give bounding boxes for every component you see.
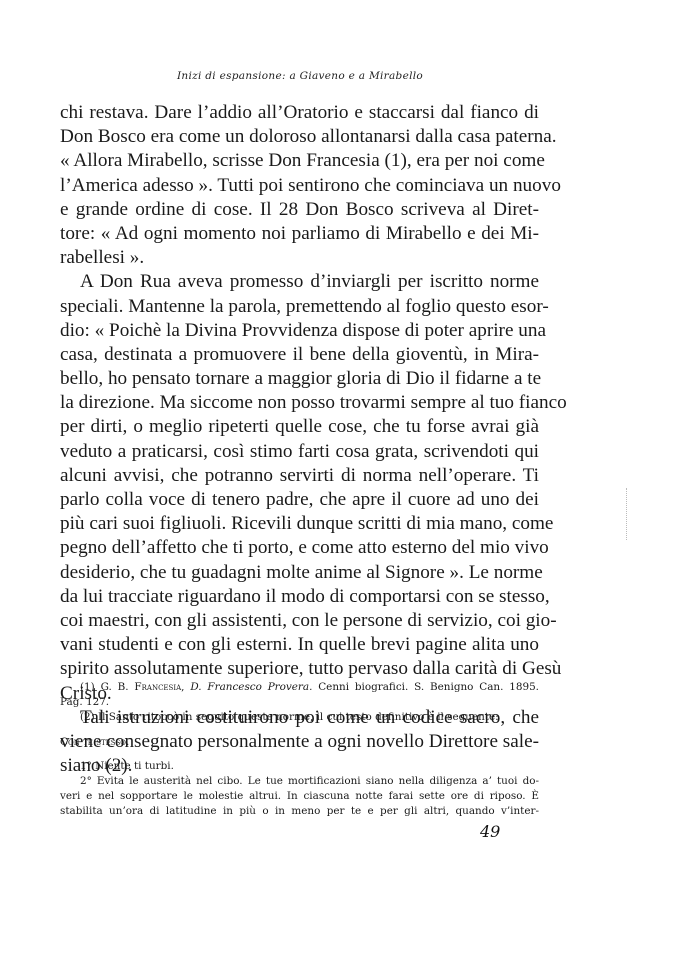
footnote-2: (2) Il Santo ritoccò in seguito queste n… (60, 710, 539, 725)
text-line: la direzione. Ma siccome non posso trova… (60, 391, 539, 415)
text-line: tore: « Ad ogni momento noi parliamo di … (60, 222, 539, 246)
text-line: Don Bosco era come un doloroso allontana… (60, 125, 539, 149)
book-page: Inizi di espansione: a Giaveno e a Mirab… (0, 0, 695, 976)
text-line: alcuni avvisi, che potranno servirti di … (60, 464, 539, 488)
footnote-citation: Cenni biografici. S. Benigno Can. 1895. (318, 681, 539, 693)
text-line: l’America adesso ». Tutti poi sentirono … (60, 174, 539, 198)
text-line: per dirti, o meglio ripeterti quelle cos… (60, 415, 539, 439)
footnote-marker: (1) (80, 681, 95, 693)
rule-item-2-cont: stabilita un’ora di latitudine in più o … (60, 804, 539, 819)
footnote-author: G. B. Francesia, (101, 681, 185, 693)
scan-artifact (626, 488, 628, 540)
page-number: 49 (480, 822, 500, 841)
section-heading: Con te stesso. (60, 735, 539, 750)
text-line: desiderio, che tu guadagni molte anime a… (60, 561, 539, 585)
text-line: chi restava. Dare l’addio all’Oratorio e… (60, 101, 539, 125)
text-line: parlo colla voce di tenero padre, che ap… (60, 488, 539, 512)
running-head: Inizi di espansione: a Giaveno e a Mirab… (0, 70, 600, 82)
text-line: da lui tracciate riguardano il modo di c… (60, 585, 539, 609)
footnote-title: D. Francesco Provera. (190, 681, 312, 693)
rule-item-1: 1° Niente ti turbi. (60, 759, 539, 774)
footnote-1: (1) G. B. Francesia, D. Francesco Prover… (60, 680, 539, 695)
footnote-1-cont: Pag. 127. (60, 695, 539, 710)
text-line: e grande ordine di cose. Il 28 Don Bosco… (60, 198, 539, 222)
text-line: coi maestri, con gli assistenti, con le … (60, 609, 539, 633)
text-line: « Allora Mirabello, scrisse Don Francesi… (60, 149, 539, 173)
text-line: veduto a praticarsi, così stimo farti co… (60, 440, 539, 464)
footnotes: (1) G. B. Francesia, D. Francesco Prover… (60, 680, 539, 820)
text-line: dio: « Poichè la Divina Provvidenza disp… (60, 319, 539, 343)
text-line: vani studenti e con gli esterni. In quel… (60, 633, 539, 657)
text-line: casa, destinata a promuovere il bene del… (60, 343, 539, 367)
text-line: più cari suoi figliuoli. Ricevili dunque… (60, 512, 539, 536)
body-text: chi restava. Dare l’addio all’Oratorio e… (60, 101, 539, 778)
rule-item-2: 2° Evita le austerità nel cibo. Le tue m… (60, 774, 539, 789)
rule-item-2-cont: veri e nel sopportare le molestie altrui… (60, 789, 539, 804)
text-line: bello, ho pensato tornare a maggior glor… (60, 367, 539, 391)
text-line: speciali. Mantenne la parola, premettend… (60, 295, 539, 319)
text-line: rabellesi ». (60, 246, 539, 270)
text-line: A Don Rua aveva promesso d’inviargli per… (60, 270, 539, 294)
text-line: spirito assolutamente superiore, tutto p… (60, 657, 539, 681)
text-line: pegno dell’affetto che ti porto, e come … (60, 536, 539, 560)
